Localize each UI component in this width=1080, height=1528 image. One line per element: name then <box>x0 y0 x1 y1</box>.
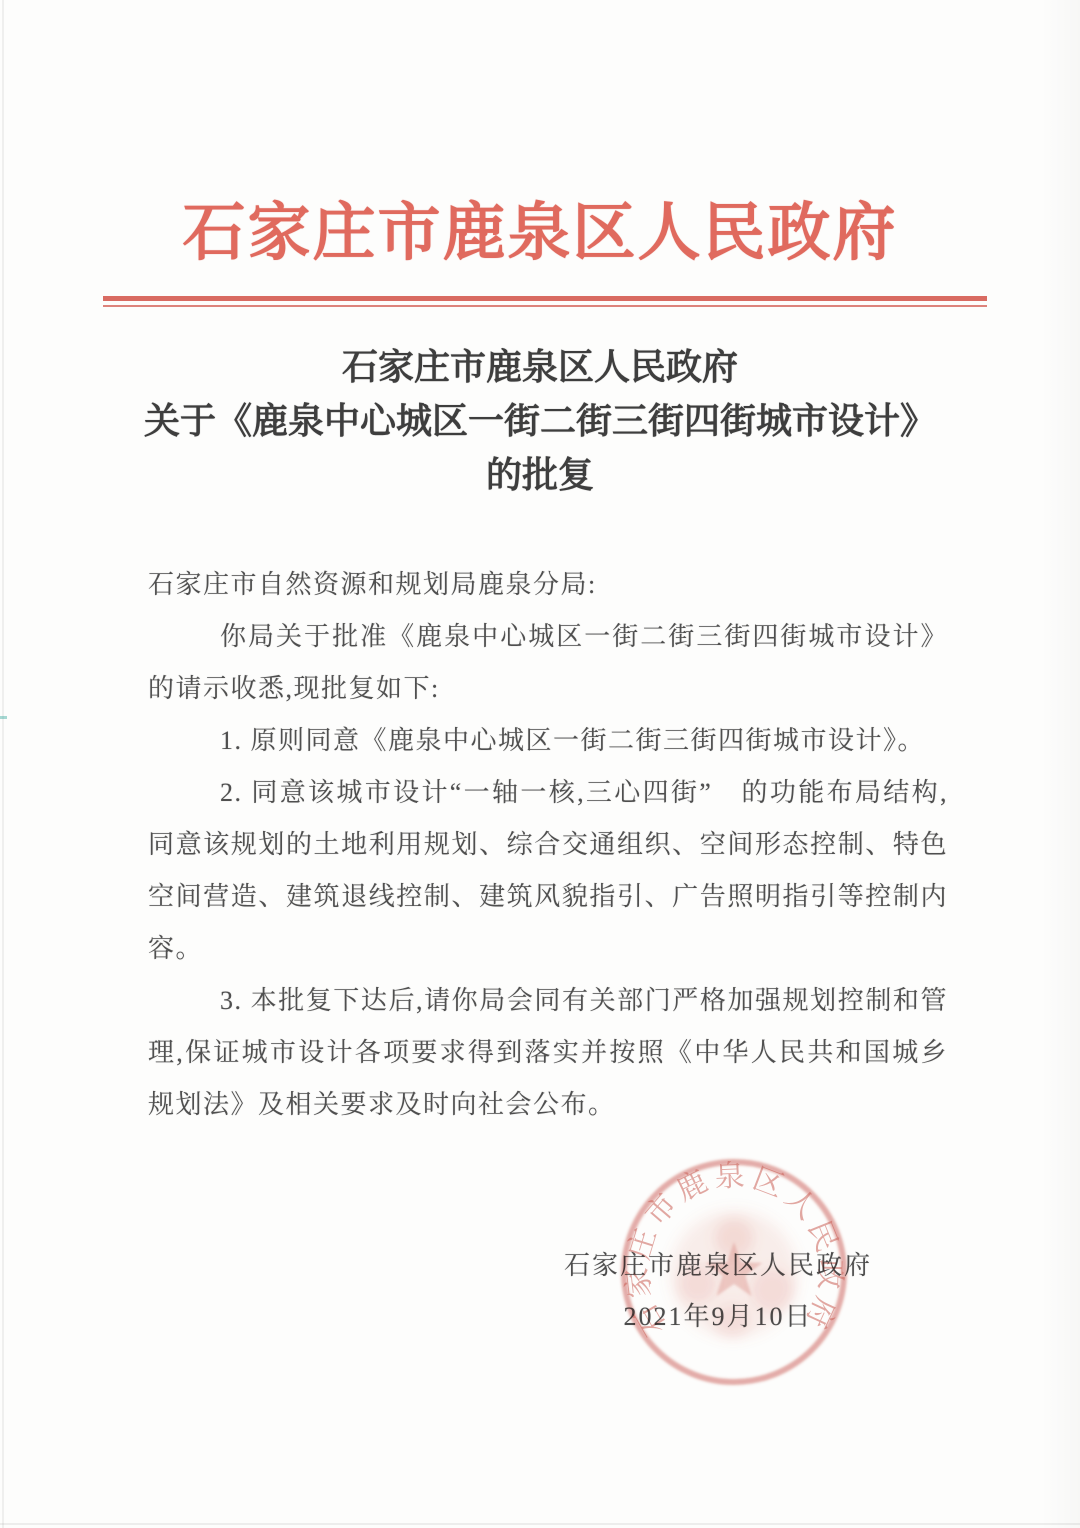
document-title: 石家庄市鹿泉区人民政府 关于《鹿泉中心城区一街二街三街四街城市设计》 的批复 <box>0 340 1080 502</box>
paragraph-item-1: 1. 原则同意《鹿泉中心城区一街二街三街四街城市设计》。 <box>148 715 948 767</box>
document-title-line-1: 石家庄市鹿泉区人民政府 <box>0 340 1080 394</box>
document-title-line-2: 关于《鹿泉中心城区一街二街三街四街城市设计》 <box>0 394 1080 448</box>
rule-thick-line <box>103 296 987 301</box>
document-body: 石家庄市自然资源和规划局鹿泉分局: 你局关于批准《鹿泉中心城区一街二街三街四街城… <box>148 559 948 1131</box>
scan-edge-bottom <box>0 1523 1080 1525</box>
signature-block: 石家庄市鹿泉区人民政府 2021年9月10日 <box>560 1240 876 1342</box>
letterhead-double-rule <box>103 296 987 307</box>
signature-issuer: 石家庄市鹿泉区人民政府 <box>560 1240 876 1291</box>
recipient-line: 石家庄市自然资源和规划局鹿泉分局: <box>148 559 948 611</box>
paragraph-item-2: 2. 同意该城市设计“一轴一核,三心四街” 的功能布局结构,同意该规划的土地利用… <box>148 767 948 975</box>
document-title-line-3: 的批复 <box>0 448 1080 502</box>
rule-thin-line <box>103 305 987 307</box>
paragraph-intro: 你局关于批准《鹿泉中心城区一街二街三街四街城市设计》的请示收悉,现批复如下: <box>148 611 948 715</box>
scanned-document-page: 石家庄市鹿泉区人民政府 石家庄市鹿泉区人民政府 关于《鹿泉中心城区一街二街三街四… <box>0 0 1080 1528</box>
letterhead-title: 石家庄市鹿泉区人民政府 <box>0 182 1080 273</box>
paragraph-item-3: 3. 本批复下达后,请你局会同有关部门严格加强规划控制和管理,保证城市设计各项要… <box>148 975 948 1131</box>
signature-date: 2021年9月10日 <box>560 1291 876 1342</box>
scan-artifact-mark <box>0 716 7 719</box>
